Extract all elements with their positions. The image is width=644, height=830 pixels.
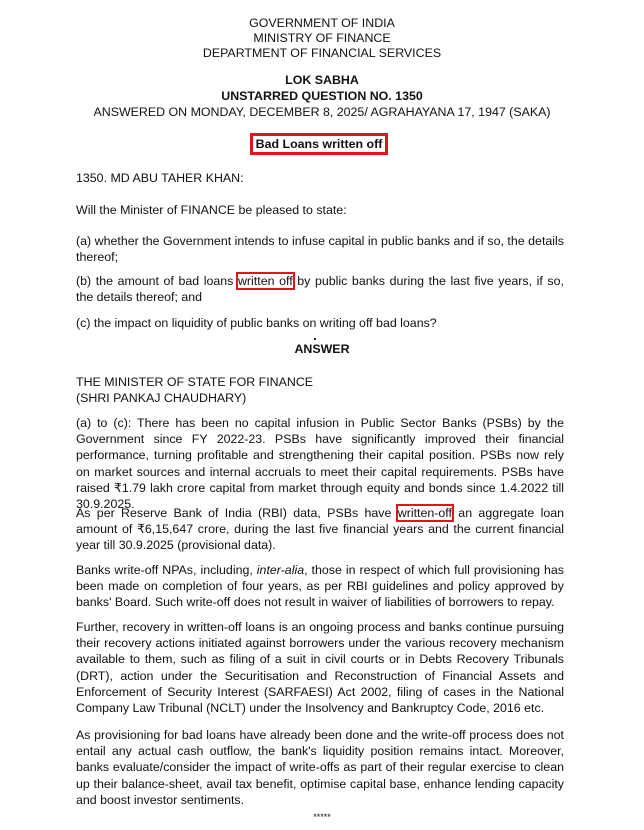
question-part-c: (c) the impact on liquidity of public ba…: [76, 315, 564, 331]
minister-title: THE MINISTER OF STATE FOR FINANCE: [76, 374, 564, 390]
header-house: LOK SABHA: [0, 73, 644, 87]
header-question-number: UNSTARRED QUESTION NO. 1350: [0, 89, 644, 103]
answer-heading: ANSWER: [0, 342, 644, 356]
header-department: DEPARTMENT OF FINANCIAL SERVICES: [0, 46, 644, 60]
question-intro: Will the Minister of FINANCE be pleased …: [76, 202, 564, 218]
answer-paragraph-5: As provisioning for bad loans have alrea…: [76, 727, 564, 808]
answer-paragraph-2: As per Reserve Bank of India (RBI) data,…: [76, 505, 564, 554]
subject-title: Bad Loans written off: [250, 133, 388, 155]
header-government: GOVERNMENT OF INDIA: [0, 16, 644, 30]
highlight-written-off-2: written-off: [398, 506, 452, 520]
stray-dot: [314, 338, 316, 340]
question-part-a: (a) whether the Government intends to in…: [76, 233, 564, 265]
question-part-b: (b) the amount of bad loans written off …: [76, 273, 564, 305]
answer-paragraph-3: Banks write-off NPAs, including, inter-a…: [76, 562, 564, 611]
header-answered-date: ANSWERED ON MONDAY, DECEMBER 8, 2025/ AG…: [0, 105, 644, 119]
question-asker: 1350. MD ABU TAHER KHAN:: [76, 170, 564, 186]
document-page: GOVERNMENT OF INDIA MINISTRY OF FINANCE …: [0, 0, 644, 830]
highlight-written-off: written off: [238, 274, 293, 288]
answer-paragraph-4: Further, recovery in written-off loans i…: [76, 619, 564, 716]
header-ministry: MINISTRY OF FINANCE: [0, 31, 644, 45]
answer-paragraph-1: (a) to (c): There has been no capital in…: [76, 415, 564, 512]
end-mark: *****: [0, 812, 644, 822]
minister-name: (SHRI PANKAJ CHAUDHARY): [76, 390, 564, 406]
